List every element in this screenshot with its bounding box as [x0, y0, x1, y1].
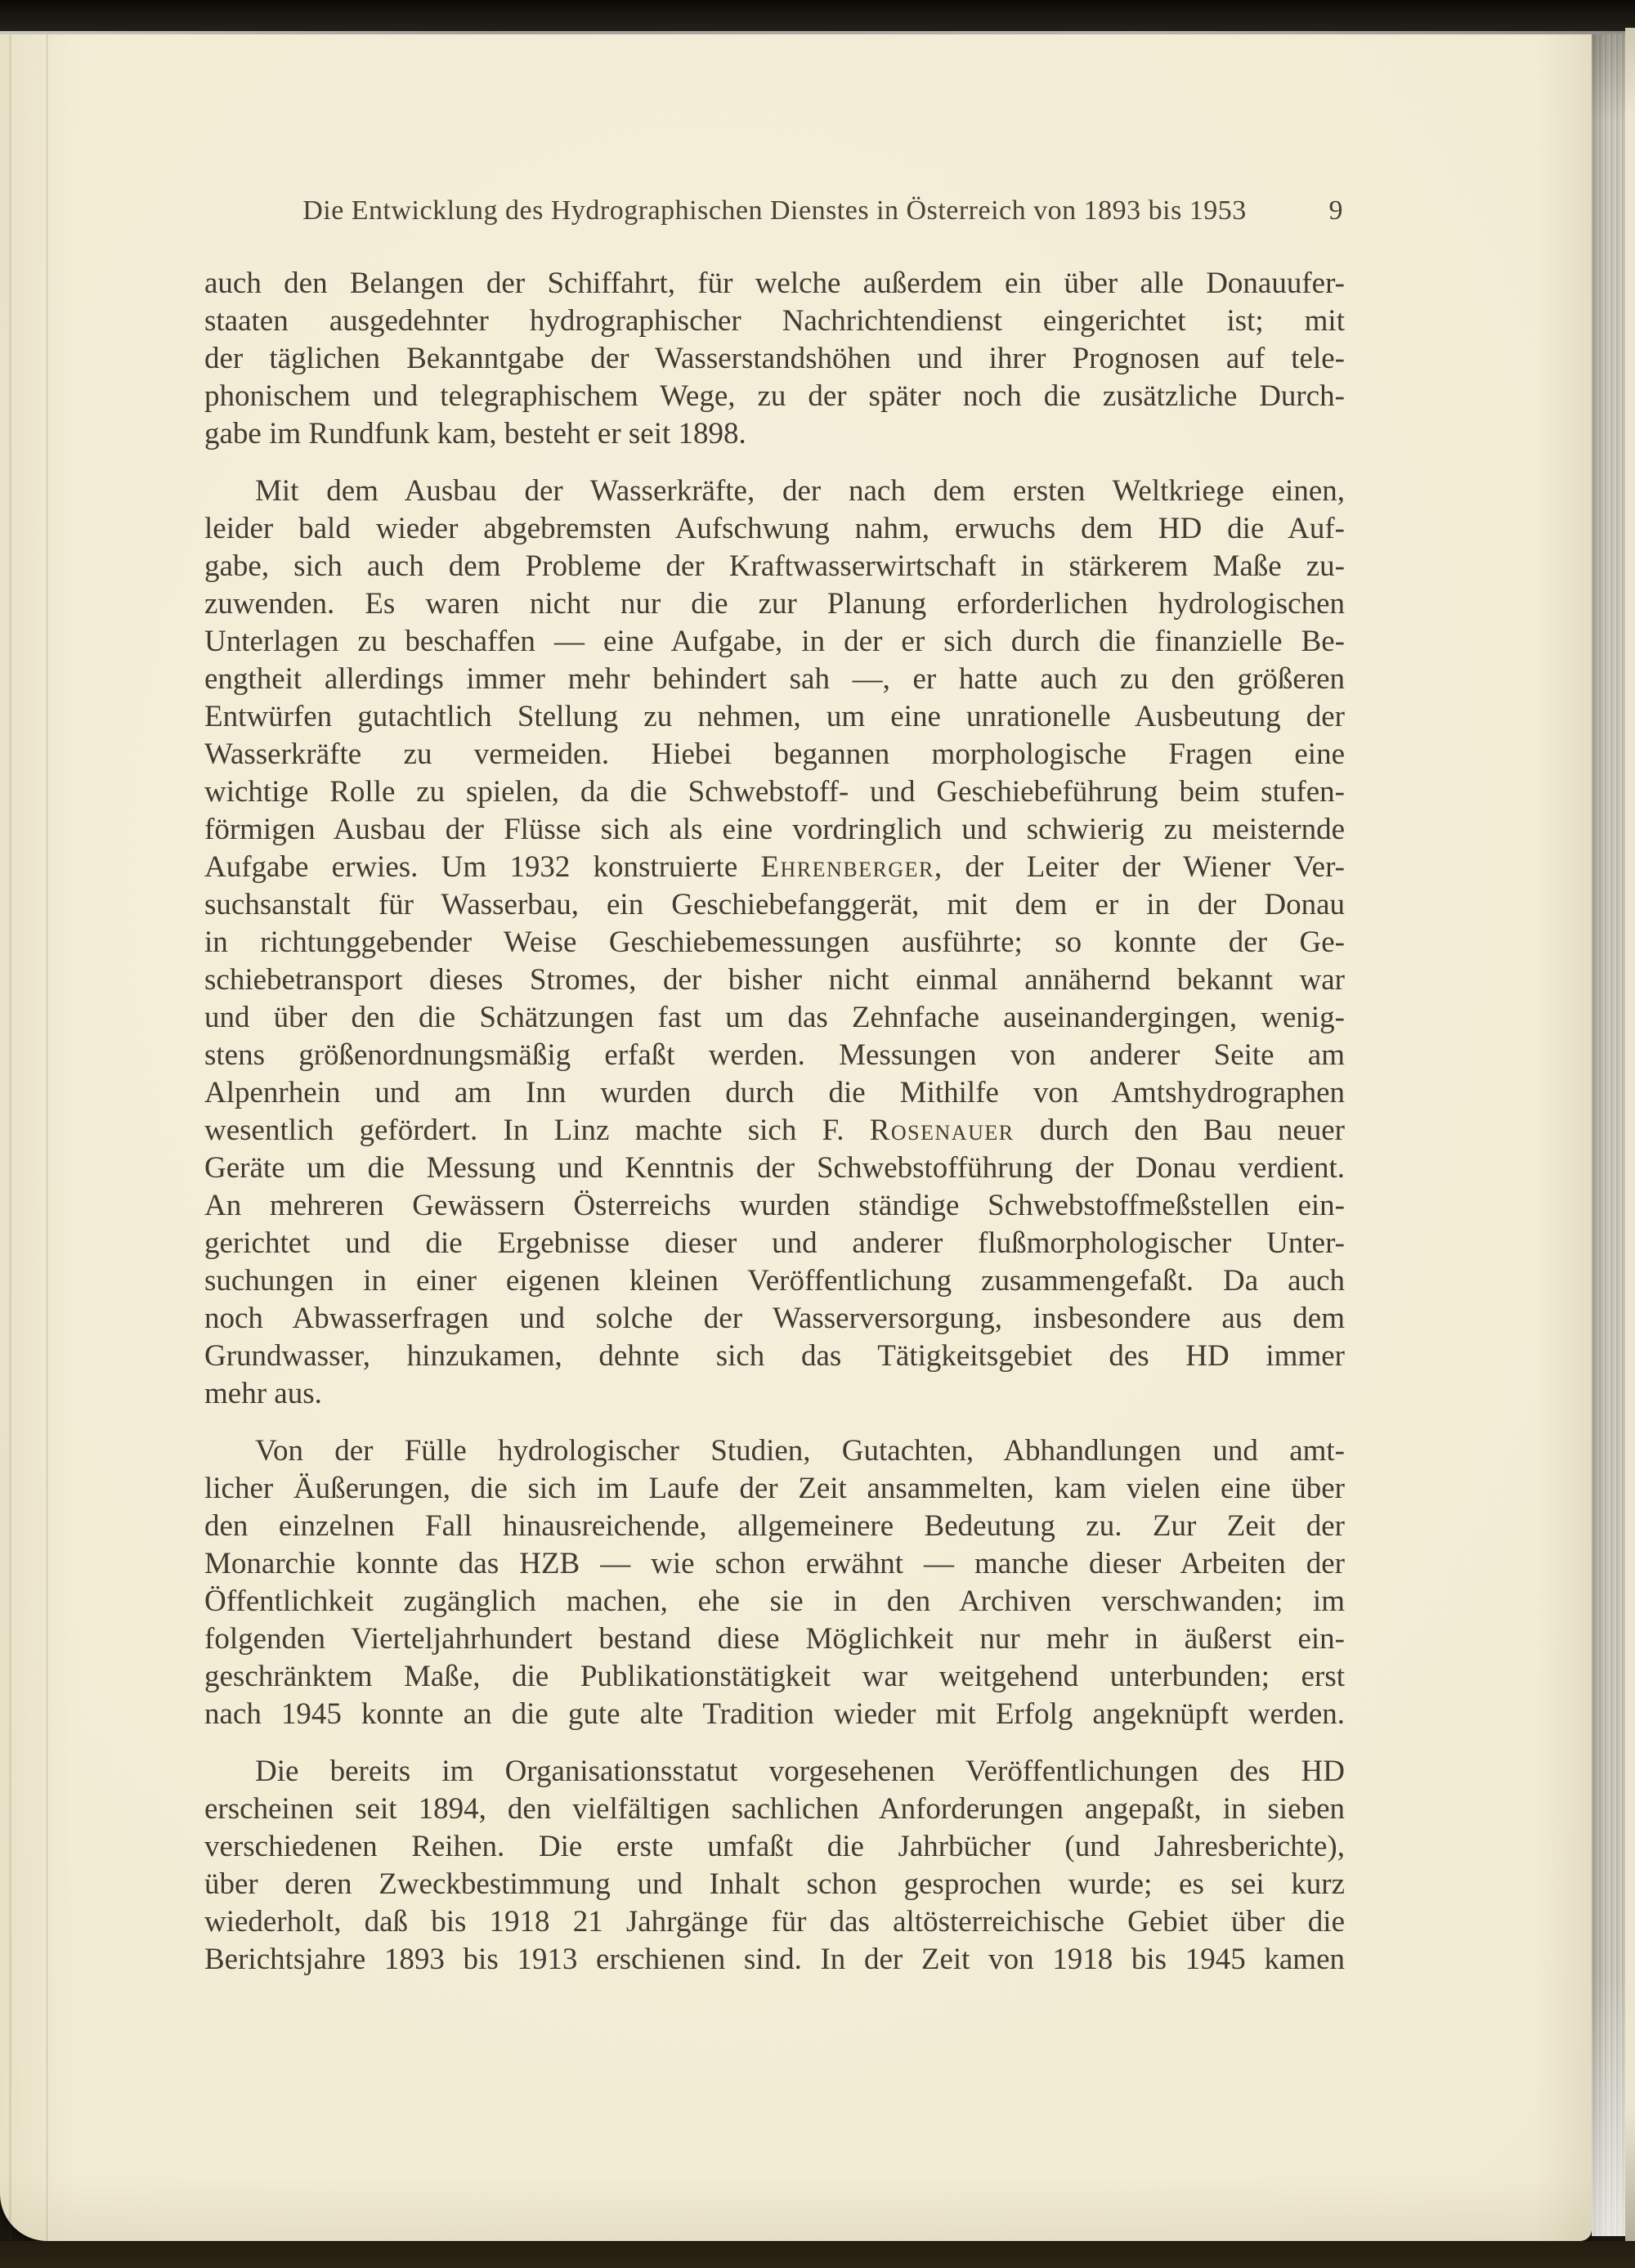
text-line: Grundwasser, hinzukamen, dehnte sich das… — [204, 1338, 1345, 1375]
page-gutter-crease — [46, 34, 49, 2241]
text-line: in richtunggebender Weise Geschiebemessu… — [204, 924, 1345, 961]
text-line: den einzelnen Fall hinausreichende, allg… — [204, 1508, 1345, 1545]
page-stack-edge — [1592, 34, 1625, 2236]
text-line: wichtige Rolle zu spielen, da die Schweb… — [204, 773, 1345, 811]
text-line: der täglichen Bekanntgabe der Wasserstan… — [204, 340, 1345, 378]
text-line: erscheinen seit 1894, den vielfältigen s… — [204, 1791, 1345, 1828]
book-page: Die Entwicklung des Hydrographischen Die… — [0, 34, 1592, 2241]
text-line: Entwürfen gutachtlich Stellung zu nehmen… — [204, 698, 1345, 736]
text-line: Monarchie konnte das HZB — wie schon erw… — [204, 1545, 1345, 1583]
scanner-background-bottom — [0, 2241, 1635, 2268]
text-line: auch den Belangen der Schiffahrt, für we… — [204, 265, 1345, 303]
text-line: Geräte um die Messung und Kenntnis der S… — [204, 1150, 1345, 1187]
paragraph: Von der Fülle hydrologischer Studien, Gu… — [204, 1432, 1345, 1733]
text-line: An mehreren Gewässern Österreichs wurden… — [204, 1187, 1345, 1225]
person-name-smallcaps: Rosenauer — [870, 1114, 1015, 1147]
text-line: Wasserkräfte zu vermeiden. Hiebei begann… — [204, 736, 1345, 773]
scanner-background-top — [0, 0, 1635, 31]
text-line: Öffentlichkeit zugänglich machen, ehe si… — [204, 1583, 1345, 1620]
text-line: zuwenden. Es waren nicht nur die zur Pla… — [204, 585, 1345, 623]
text-line: folgenden Vierteljahrhundert bestand die… — [204, 1620, 1345, 1658]
person-name-smallcaps: Ehrenberger — [760, 850, 934, 884]
page-top-edge-highlight — [0, 31, 1625, 34]
text-line: gabe, sich auch dem Probleme der Kraftwa… — [204, 548, 1345, 585]
text-line: mehr aus. — [204, 1375, 1345, 1413]
text-line: und über den die Schätzungen fast um das… — [204, 999, 1345, 1037]
text-line: Von der Fülle hydrologischer Studien, Gu… — [204, 1432, 1345, 1470]
text-line: verschiedenen Reihen. Die erste umfaßt d… — [204, 1828, 1345, 1866]
text-line: Mit dem Ausbau der Wasserkräfte, der nac… — [204, 473, 1345, 510]
text-line: geschränktem Maße, die Publikationstätig… — [204, 1658, 1345, 1696]
text-line: gabe im Rundfunk kam, besteht er seit 18… — [204, 415, 1345, 453]
page-left-edge-line — [9, 34, 11, 2241]
text-line: stens größenordnungsmäßig erfaßt werden.… — [204, 1037, 1345, 1074]
text-line: suchsanstalt für Wasserbau, ein Geschieb… — [204, 886, 1345, 924]
text-line: über deren Zweckbestimmung und Inhalt sc… — [204, 1866, 1345, 1903]
running-header-title: Die Entwicklung des Hydrographischen Die… — [204, 193, 1345, 229]
paragraph: auch den Belangen der Schiffahrt, für we… — [204, 265, 1345, 453]
body-text: auch den Belangen der Schiffahrt, für we… — [204, 265, 1345, 1979]
text-line: gerichtet und die Ergebnisse dieser und … — [204, 1225, 1345, 1262]
text-line: wiederholt, daß bis 1918 21 Jahrgänge fü… — [204, 1903, 1345, 1941]
running-header: Die Entwicklung des Hydrographischen Die… — [204, 193, 1345, 229]
text-line: Unterlagen zu beschaffen — eine Aufgabe,… — [204, 623, 1345, 661]
text-line: leider bald wieder abgebremsten Aufschwu… — [204, 510, 1345, 548]
text-line: schiebetransport dieses Stromes, der bis… — [204, 961, 1345, 999]
text-line: wesentlich gefördert. In Linz machte sic… — [204, 1112, 1345, 1150]
text-line: Die bereits im Organisationsstatut vorge… — [204, 1753, 1345, 1791]
text-line: nach 1945 konnte an die gute alte Tradit… — [204, 1696, 1345, 1733]
text-line: Berichtsjahre 1893 bis 1913 erschienen s… — [204, 1941, 1345, 1979]
page-number: 9 — [1329, 193, 1344, 229]
text-line: noch Abwasserfragen und solche der Wasse… — [204, 1300, 1345, 1338]
book-scan: Die Entwicklung des Hydrographischen Die… — [0, 0, 1635, 2268]
paragraph: Die bereits im Organisationsstatut vorge… — [204, 1753, 1345, 1979]
underlying-page-edge — [1625, 28, 1635, 2241]
text-line: staaten ausgedehnter hydrographischer Na… — [204, 303, 1345, 340]
text-line: Aufgabe erwies. Um 1932 konstruierte Ehr… — [204, 849, 1345, 886]
text-line: licher Äußerungen, die sich im Laufe der… — [204, 1470, 1345, 1508]
text-line: engtheit allerdings immer mehr behindert… — [204, 661, 1345, 698]
text-line: phonischem und telegraphischem Wege, zu … — [204, 378, 1345, 415]
text-line: suchungen in einer eigenen kleinen Veröf… — [204, 1262, 1345, 1300]
text-line: Alpenrhein und am Inn wurden durch die M… — [204, 1074, 1345, 1112]
text-line: förmigen Ausbau der Flüsse sich als eine… — [204, 811, 1345, 849]
paragraph: Mit dem Ausbau der Wasserkräfte, der nac… — [204, 473, 1345, 1413]
